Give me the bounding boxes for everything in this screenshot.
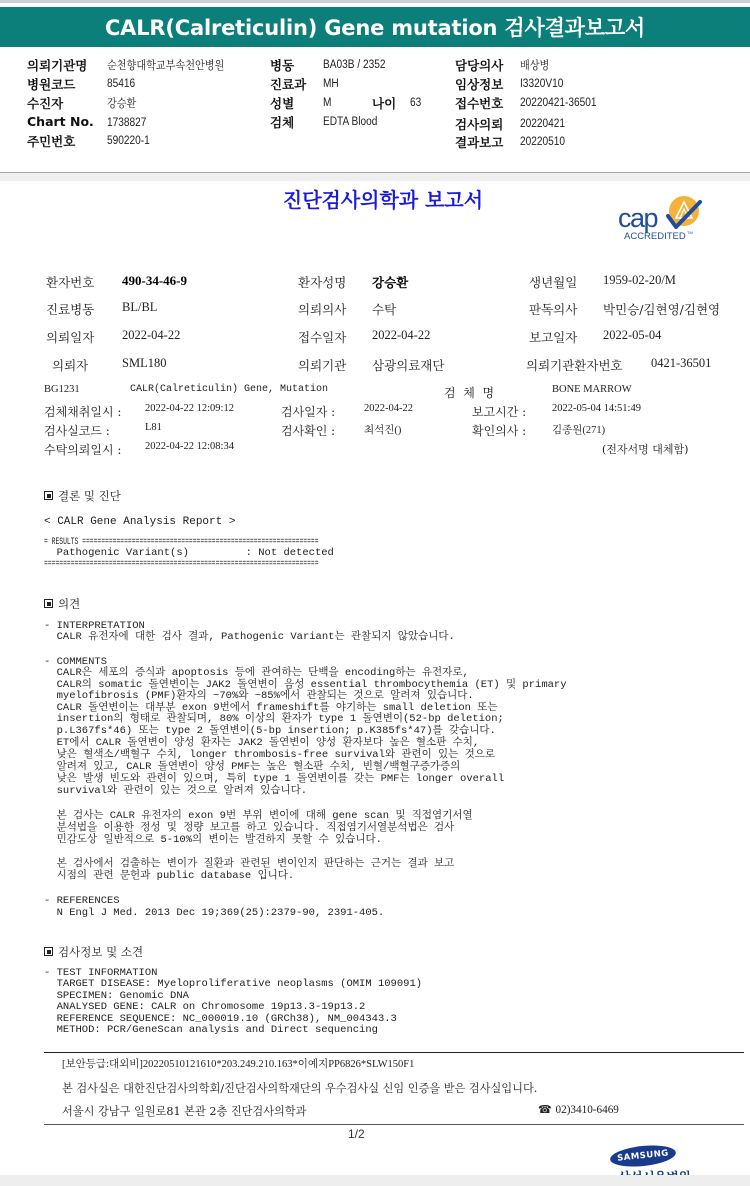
phone-number: 02)3410-6469 (556, 1104, 619, 1116)
comments-line: 낮은 혈색소/백혈구 수치, longer thrombosis-free su… (44, 750, 495, 761)
header-field-institution: 의뢰기관명 (27, 56, 87, 74)
square-bullet-icon (44, 491, 53, 500)
square-bullet-icon (44, 947, 53, 956)
header-value-ward: BA03B / 2352 (323, 57, 394, 71)
value-ward: BL/BL (122, 300, 157, 315)
field-label: 병원코드 (27, 77, 75, 92)
paragraph2-line: 분석법을 이용한 정성 및 정량 보고를 하고 있습니다. 직접염기서열분석법은… (44, 823, 454, 834)
value-confirm-doctor: 김종원(271) (552, 422, 605, 437)
test-info-line: ANALYSED GENE: CALR on Chromosome 19p13.… (44, 1002, 365, 1013)
field-label: 담당의사 (455, 58, 503, 73)
field-value: 1738827 (107, 117, 146, 129)
comments-line: 알려져 있고, CALR 돌연변이 양성 PMF는 높은 혈소판 수치, 빈혈/… (44, 762, 460, 773)
header-value-physician: 배상병 (520, 57, 553, 73)
label-test-confirm: 검사확인 : (281, 422, 335, 439)
field-value: 20220510 (520, 136, 565, 148)
header-field-resident-no: 주민번호 (27, 132, 75, 150)
value-test-date: 2022-04-22 (364, 403, 413, 414)
header-field-chart-no: Chart No. (27, 114, 94, 129)
page-number: 1/2 (348, 1127, 365, 1141)
field-label: 진료과 (270, 77, 306, 92)
value-institution-patient-no: 0421-36501 (651, 356, 711, 371)
label-collect-time: 검체채취일시 : (44, 403, 121, 420)
svg-text:cap: cap (618, 203, 658, 233)
field-label: 결과보고 (455, 135, 503, 150)
comments-line: CALR은 세포의 증식과 apoptosis 등에 관여하는 단백을 enco… (44, 668, 469, 679)
label-test-date: 검사일자 : (281, 403, 335, 420)
paragraph3-line: 본 검사에서 검출하는 변이가 질환과 관련된 변이인지 판단하는 근거는 결과… (44, 859, 454, 870)
field-label: 의뢰기관명 (27, 58, 87, 73)
field-value: 20220421 (520, 118, 565, 130)
test-name: CALR(Calreticulin) Gene, Mutation (130, 384, 328, 395)
patient-row-1: 환자번호 490-34-46-9 환자성명 강승환 생년월일 1959-02-2… (0, 273, 750, 293)
certification-line: 본 검사실은 대한진단검사의학회/진단검사의학재단의 우수검사실 신임 인증을 … (62, 1080, 537, 1096)
value-referring-doctor: 수탁 (372, 300, 396, 318)
results-footer-rule: ========================================… (44, 559, 319, 570)
field-label: 수진자 (27, 96, 63, 111)
field-value: 강승환 (107, 95, 136, 111)
field-value: I3320V10 (520, 78, 563, 90)
value-specimen-name: BONE MARROW (552, 384, 632, 395)
test-info-line: TARGET DISEASE: Myeloproliferative neopl… (44, 979, 422, 990)
comments-line: 낮은 발생 빈도와 관련이 있으며, 특히 type 1 돌연변이를 갖는 PM… (44, 774, 504, 785)
page-gap (0, 173, 750, 181)
field-value: 20220421-36501 (520, 97, 597, 109)
header-field-accession-no: 접수번호 (455, 94, 503, 112)
label-receipt-date: 접수일자 (298, 328, 346, 346)
value-report-date: 2022-05-04 (603, 328, 661, 343)
field-value: MH (323, 78, 339, 90)
test-row-4: 수탁의뢰일시 : 2022-04-22 12:08:34 (전자서명 대체함) (0, 441, 750, 459)
field-label: 접수번호 (455, 96, 503, 111)
value-request-date: 2022-04-22 (122, 328, 180, 343)
label-patient-name: 환자성명 (298, 273, 346, 291)
header-field-specimen: 검체 (270, 113, 294, 131)
header-value-clinical-info: I3320V10 (520, 76, 569, 90)
value-receipt-date: 2022-04-22 (372, 328, 430, 343)
comments-line: p.L367fs*46) 또는 type 2 돌연변이(5-bp inserti… (44, 726, 496, 737)
header-value-specimen: EDTA Blood (323, 114, 385, 128)
footer-divider (44, 1052, 744, 1053)
field-value: EDTA Blood (323, 116, 377, 128)
label-lab-code: 검사실코드 : (44, 422, 110, 439)
section-opinion-heading: 의견 (44, 596, 80, 612)
references-title: - REFERENCES (44, 896, 120, 907)
header-field-request-date: 검사의뢰 (455, 115, 503, 133)
cap-logo-icon: cap ACCREDITED TM (616, 194, 706, 242)
page-bottom-gap (0, 1175, 750, 1186)
value-reading-doctor: 박민승/김현영/김현영 (603, 300, 720, 318)
section-heading-text: 검사정보 및 소견 (58, 945, 143, 959)
field-value: 85416 (107, 78, 135, 90)
section-conclusion-heading: 결론 및 진단 (44, 488, 121, 504)
phone-line: ☎ 02)3410-6469 (538, 1103, 619, 1116)
field-value: 63 (410, 97, 421, 109)
value-collect-time: 2022-04-22 12:09:12 (145, 403, 234, 414)
label-reading-doctor: 판독의사 (529, 300, 577, 318)
header-field-sex: 성별 (270, 94, 294, 112)
field-label: 검체 (270, 115, 294, 130)
header-value-accession-no: 20220421-36501 (520, 95, 607, 109)
top-rule (0, 0, 750, 3)
patient-row-2: 진료병동 BL/BL 의뢰의사 수탁 판독의사 박민승/김현영/김현영 (0, 300, 750, 320)
cap-accredited-logo: cap ACCREDITED TM (616, 194, 706, 242)
header-field-clinical-info: 임상정보 (455, 75, 503, 93)
field-label: 나이 (372, 96, 396, 111)
report-main-title: CALR(Calreticulin) Gene mutation 검사결과보고서 (105, 12, 645, 42)
header-value-patient: 강승환 (107, 95, 140, 111)
label-patient-no: 환자번호 (46, 273, 94, 291)
field-label: 병동 (270, 58, 294, 73)
esign-note: (전자서명 대체함) (602, 441, 688, 457)
square-bullet-icon (44, 599, 53, 608)
comments-line: myelofibrosis (PMF)환자의 ~70%와 ~85%에서 관찰되는… (44, 691, 474, 702)
label-report-date: 보고일자 (529, 328, 577, 346)
svg-text:ACCREDITED: ACCREDITED (624, 231, 686, 242)
value-consignment-time: 2022-04-22 12:08:34 (145, 441, 234, 452)
test-row-3: 검사실코드 : L81 검사확인 : 최석진() 확인의사 : 김종원(271) (0, 422, 750, 440)
section-test-info-heading: 검사정보 및 소견 (44, 944, 143, 960)
header-value-request-date: 20220421 (520, 116, 571, 130)
label-request-date: 의뢰일자 (46, 328, 94, 346)
footer-bottom-divider (44, 1124, 744, 1125)
paragraph3-line: 시점의 관련 문헌과 public database 입니다. (44, 871, 294, 882)
label-consignment-time: 수탁의뢰일시 : (44, 441, 121, 458)
phone-icon: ☎ (538, 1103, 552, 1116)
field-label: 주민번호 (27, 134, 75, 149)
value-requester: SML180 (122, 356, 166, 371)
label-requesting-institution: 의뢰기관 (298, 356, 346, 374)
address-line: 서울시 강남구 일원로81 본관 2층 진단검사의학과 (62, 1103, 306, 1119)
header-value-result-date: 20220510 (520, 134, 571, 148)
label-confirm-doctor: 확인의사 : (472, 422, 526, 439)
header-value-hospital-code: 85416 (107, 76, 139, 90)
header-info-grid: 의뢰기관명 순천향대학교부속천안병원 병원코드 85416 수진자 강승환 Ch… (0, 52, 750, 152)
comments-line: survival와 관련이 있는 것으로 알려져 있습니다. (44, 786, 307, 797)
value-birth-date: 1959-02-20/M (603, 273, 676, 288)
field-value: 순천향대학교부속천안병원 (107, 57, 224, 73)
header-field-physician: 담당의사 (455, 56, 503, 74)
field-value: BA03B / 2352 (323, 59, 385, 71)
header-field-patient: 수진자 (27, 94, 63, 112)
comments-line: ET에서 CALR 돌연변이 양성 환자는 JAK2 돌연변이 양성 환자보다 … (44, 738, 479, 749)
report-title-text: 진단검사의학과 보고서 (283, 188, 483, 212)
header-value-institution: 순천향대학교부속천안병원 (107, 57, 240, 73)
test-row-1: BG1231 CALR(Calreticulin) Gene, Mutation… (0, 384, 750, 402)
test-row-2: 검체채취일시 : 2022-04-22 12:09:12 검사일자 : 2022… (0, 403, 750, 421)
analysis-report-title: < CALR Gene Analysis Report > (44, 513, 235, 528)
paragraph2-line: 민감도상 일반적으로 5-10%의 변이는 발견하지 못할 수 있습니다. (44, 835, 382, 846)
field-value: M (323, 97, 331, 109)
header-field-ward: 병동 (270, 56, 294, 74)
header-value-chart-no: 1738827 (107, 115, 152, 129)
label-report-time: 보고시간 : (472, 403, 526, 420)
header-field-hospital-code: 병원코드 (27, 75, 75, 93)
field-value: 590220-1 (107, 135, 150, 147)
field-label: 임상정보 (455, 77, 503, 92)
value-requesting-institution: 삼광의료재단 (372, 356, 444, 374)
label-requester: 의뢰자 (52, 356, 88, 374)
header-field-age: 나이 (372, 94, 396, 112)
section-heading-text: 의견 (58, 597, 80, 611)
field-value: 배상병 (520, 57, 549, 73)
patient-row-4: 의뢰자 SML180 의뢰기관 삼광의료재단 의뢰기관환자번호 0421-365… (0, 356, 750, 376)
patient-row-3: 의뢰일자 2022-04-22 접수일자 2022-04-22 보고일자 202… (0, 328, 750, 348)
test-info-line: METHOD: PCR/GeneScan analysis and Direct… (44, 1025, 378, 1036)
header-field-department: 진료과 (270, 75, 306, 93)
paragraph2-line: 본 검사는 CALR 유전자의 exon 9번 부위 변이에 대해 gene s… (44, 811, 473, 822)
analysis-report-title-text: < CALR Gene Analysis Report > (44, 516, 235, 528)
test-code: BG1231 (44, 384, 80, 395)
label-specimen-name: 검 체 명 (444, 384, 494, 401)
field-label: Chart No. (27, 114, 94, 129)
header-value-resident-no: 590220-1 (107, 133, 156, 147)
interpretation-text: CALR 유전자에 대한 검사 결과, Pathogenic Variant는 … (44, 632, 455, 643)
header-value-department: MH (323, 76, 341, 90)
field-label: 검사의뢰 (455, 117, 503, 132)
svg-text:TM: TM (687, 230, 693, 235)
comments-line: insertion의 형태로 관찰되며, 80% 이상의 환자가 type 1 … (44, 714, 504, 725)
label-ward: 진료병동 (46, 300, 94, 318)
value-lab-code: L81 (145, 422, 162, 433)
section-heading-text: 결론 및 진단 (58, 489, 121, 503)
samsung-logo-icon: SAMSUNG (609, 1142, 677, 1169)
header-value-sex: M (323, 95, 333, 109)
field-label: 성별 (270, 96, 294, 111)
label-referring-doctor: 의뢰의사 (298, 300, 346, 318)
label-institution-patient-no: 의뢰기관환자번호 (526, 356, 623, 374)
header-field-result-date: 결과보고 (455, 133, 503, 151)
title-bar: CALR(Calreticulin) Gene mutation 검사결과보고서 (0, 7, 750, 47)
value-test-confirm: 최석진() (364, 422, 401, 437)
references-text: N Engl J Med. 2013 Dec 19;369(25):2379-9… (44, 908, 384, 919)
value-report-time: 2022-05-04 14:51:49 (552, 403, 641, 414)
security-line: [보안등급:대외비]20220510121610*203.249.210.163… (62, 1056, 414, 1071)
label-birth-date: 생년월일 (529, 273, 577, 291)
value-patient-no: 490-34-46-9 (122, 273, 187, 289)
value-patient-name: 강승환 (372, 273, 408, 291)
header-value-age: 63 (410, 95, 423, 109)
